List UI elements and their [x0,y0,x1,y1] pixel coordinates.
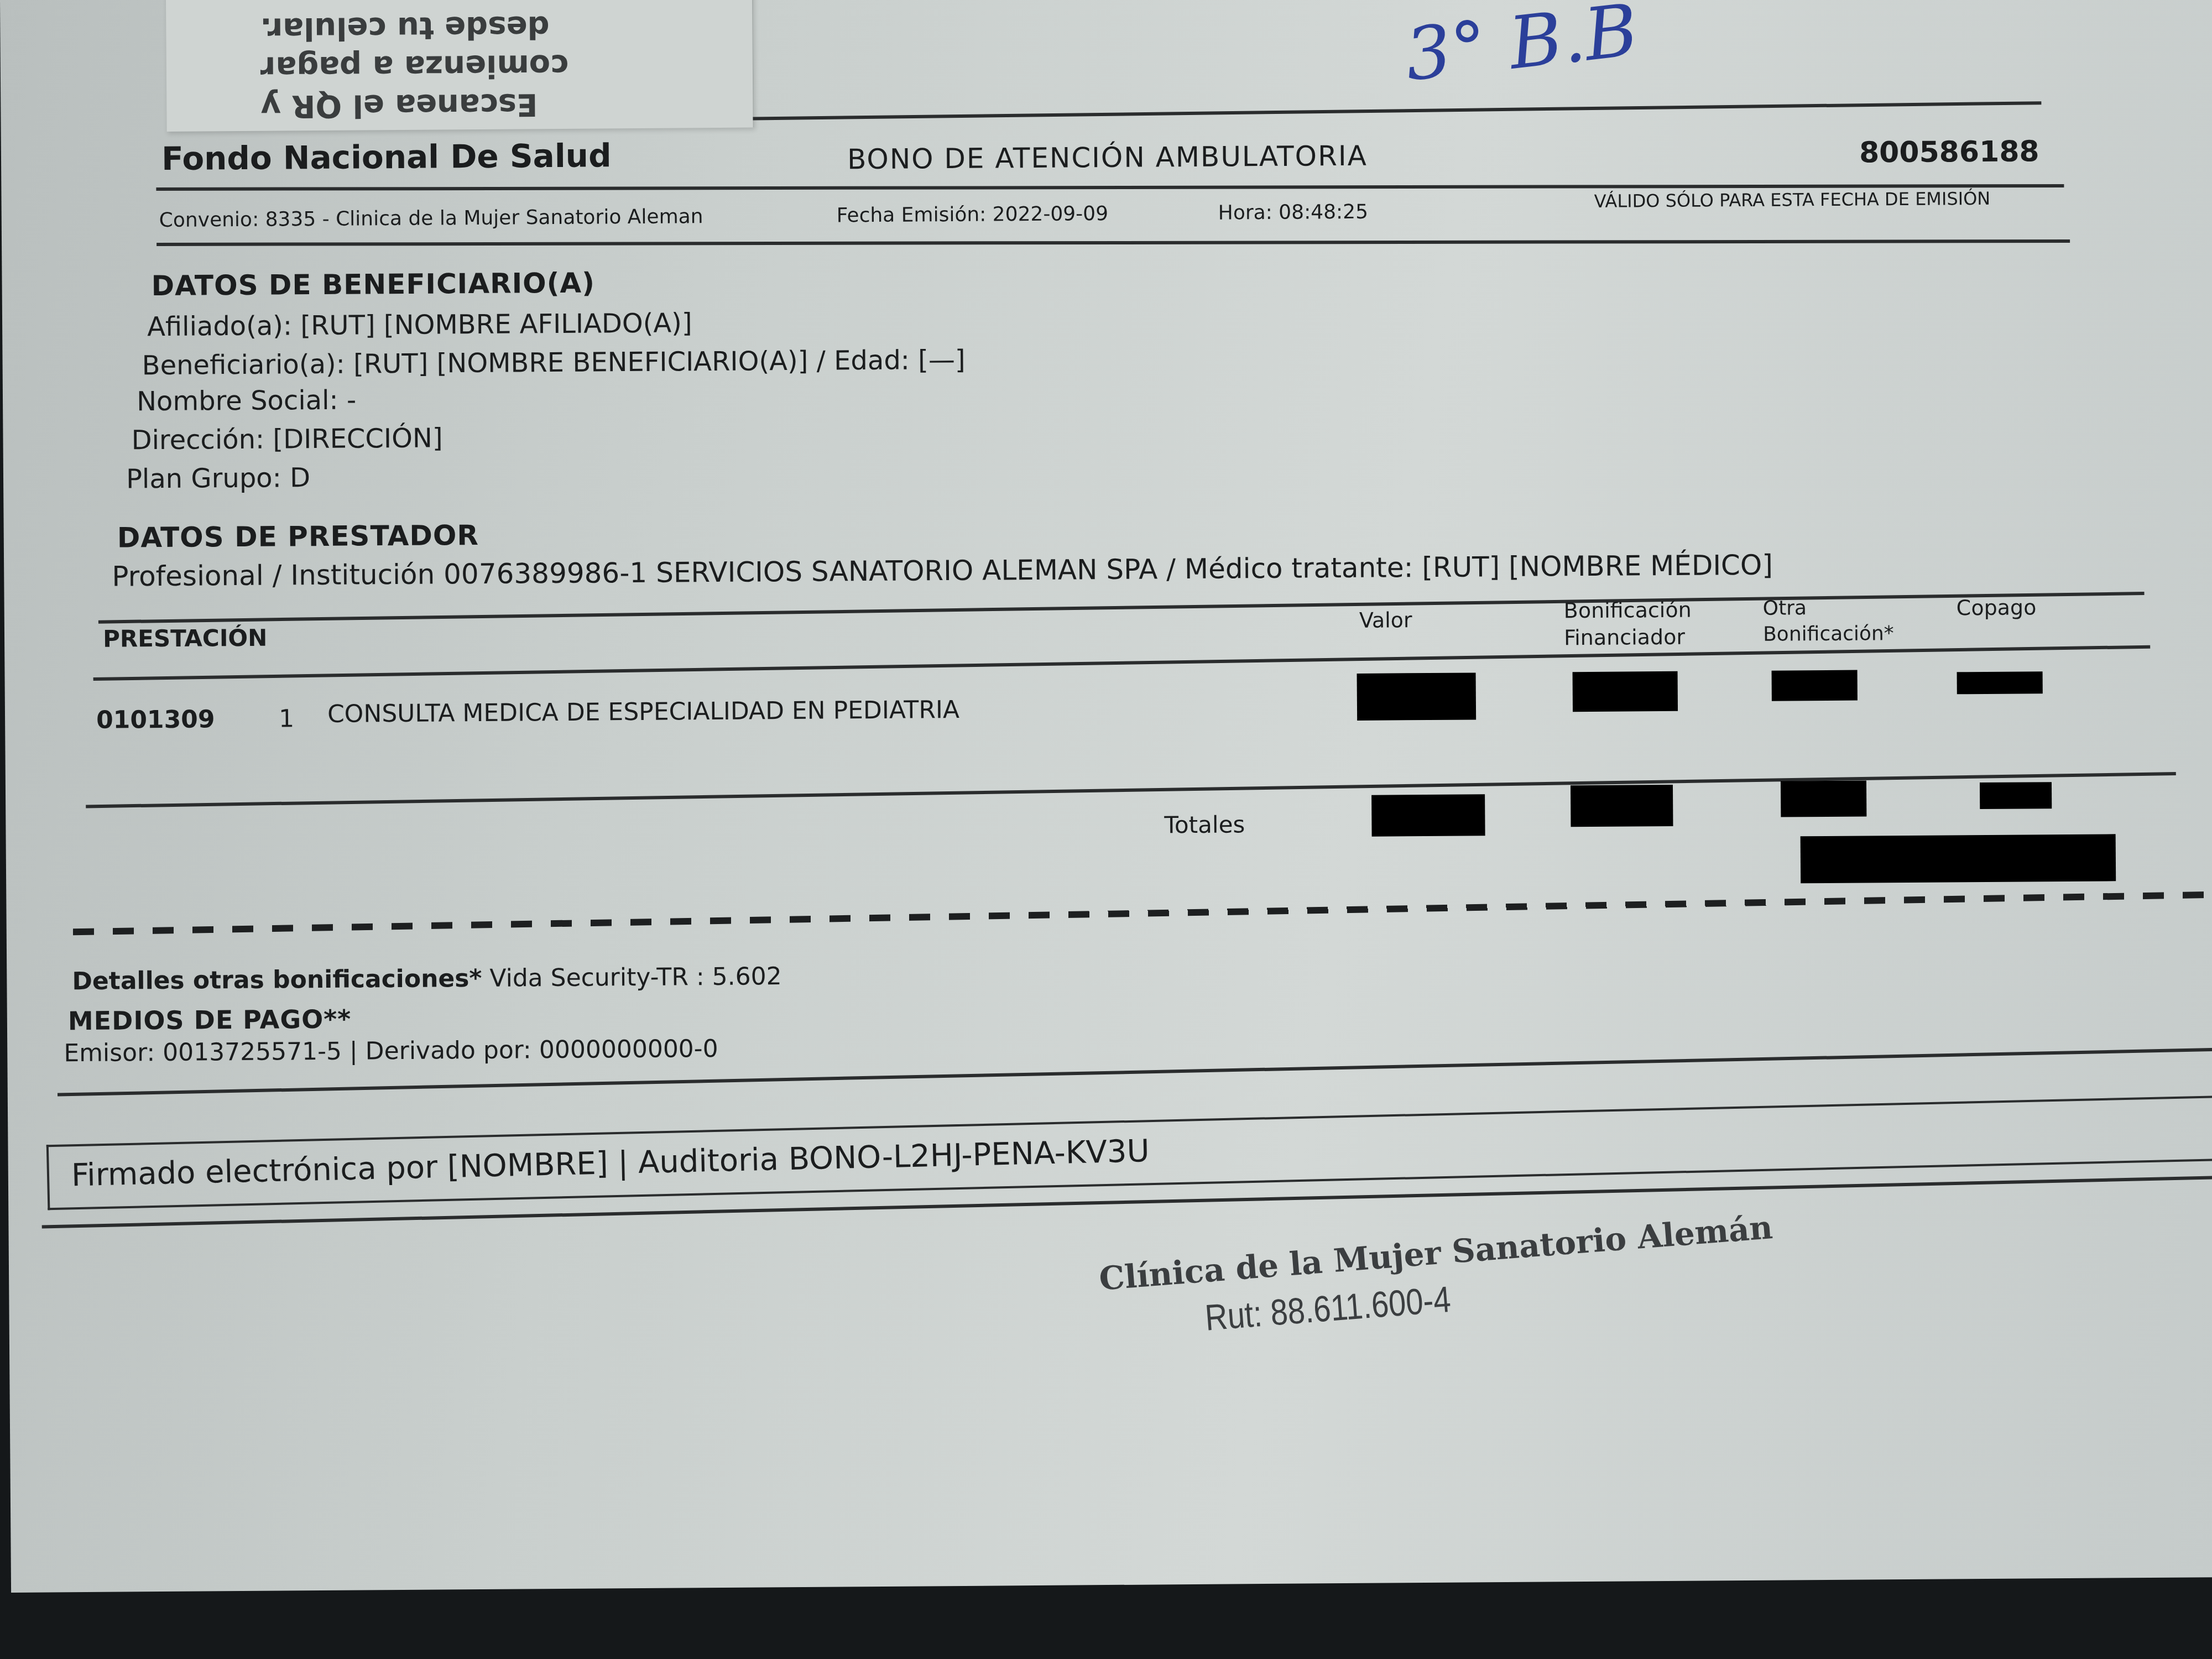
signature-text: Firmado electrónica por [NOMBRE] | Audit… [71,1133,1150,1193]
redacted-copago [1957,671,2043,694]
col-bonificacion2-label: Bonificación* [1763,621,1894,648]
bono-number: 800586188 [1859,135,2039,169]
col-bonificacion-financiador: Bonificación Financiador [1564,597,1692,652]
redacted-total-otra [1781,780,1866,817]
col-copago: Copago [1957,594,2037,622]
otras-bonificaciones-value: Vida Security-TR : 5.602 [489,962,782,993]
beneficiario: Beneficiario(a): [RUT] [NOMBRE BENEFICIA… [142,345,965,381]
totals-label: Totales [1164,811,1245,838]
direccion: Dirección: [DIRECCIÓN] [131,422,442,456]
beneficiario-section-title: DATOS DE BENEFICIARIO(A) [151,267,595,302]
col-valor: Valor [1359,607,1412,634]
medios-pago-title: MEDIOS DE PAGO** [68,1004,352,1036]
redacted-otra-bonificacion [1772,670,1858,701]
redacted-total-bonificacion [1571,785,1673,827]
prestacion-description: CONSULTA MEDICA DE ESPECIALIDAD EN PEDIA… [327,696,959,728]
signature-box: Firmado electrónica por [NOMBRE] | Audit… [46,1095,2212,1210]
hora-emision: Hora: 08:48:25 [1218,201,1368,225]
prestacion-qty: 1 [279,705,294,733]
prestacion-code: 0101309 [96,705,215,734]
clinic-stamp-rut: Rut: 88.611.600-4 [1203,1278,1452,1339]
nombre-social: Nombre Social: - [137,385,356,418]
afiliado: Afiliado(a): [RUT] [NOMBRE AFILIADO(A)] [147,307,692,342]
otras-bonificaciones-label: Detalles otras bonificaciones* [72,964,482,995]
divider [753,101,2042,120]
redacted-total-copago [1980,782,2052,809]
dashed-separator [73,891,2208,935]
redacted-valor [1357,672,1477,720]
col-bonificacion-label: Bonificación [1564,597,1692,625]
redacted-total-valor [1371,794,1485,836]
prestador-line: Profesional / Institución 0076389986-1 S… [112,549,1773,593]
col-financiador-label: Financiador [1564,624,1692,652]
divider [156,239,2070,246]
handwritten-note: 3° B.B [1401,0,1642,97]
organization-name: Fondo Nacional De Salud [161,137,612,178]
qr-notice: Escanea el QR y comienza a pagar desde t… [260,7,659,126]
redacted-total-amount [1801,834,2116,883]
otras-bonificaciones: Detalles otras bonificaciones* Vida Secu… [72,962,782,995]
voucher-paper: Escanea el QR y comienza a pagar desde t… [0,0,2212,1593]
fecha-emision: Fecha Emisión: 2022-09-09 [837,202,1108,227]
medios-pago-line: Emisor: 0013725571-5 | Derivado por: 000… [64,1035,718,1067]
col-otra-bonificacion: Otra Bonificación* [1763,595,1894,648]
document-title: BONO DE ATENCIÓN AMBULATORIA [847,140,1368,176]
plan-grupo: Plan Grupo: D [126,462,310,494]
qr-payment-slip: Escanea el QR y comienza a pagar desde t… [166,0,754,132]
convenio: Convenio: 8335 - Clinica de la Mujer San… [159,205,703,232]
col-otra-label: Otra [1763,595,1894,622]
col-prestacion: PRESTACIÓN [103,623,268,655]
prestador-section-title: DATOS DE PRESTADOR [117,519,479,554]
redacted-bonificacion [1573,671,1678,712]
validity-note: VÁLIDO SÓLO PARA ESTA FECHA DE EMISIÓN [1594,188,1990,212]
